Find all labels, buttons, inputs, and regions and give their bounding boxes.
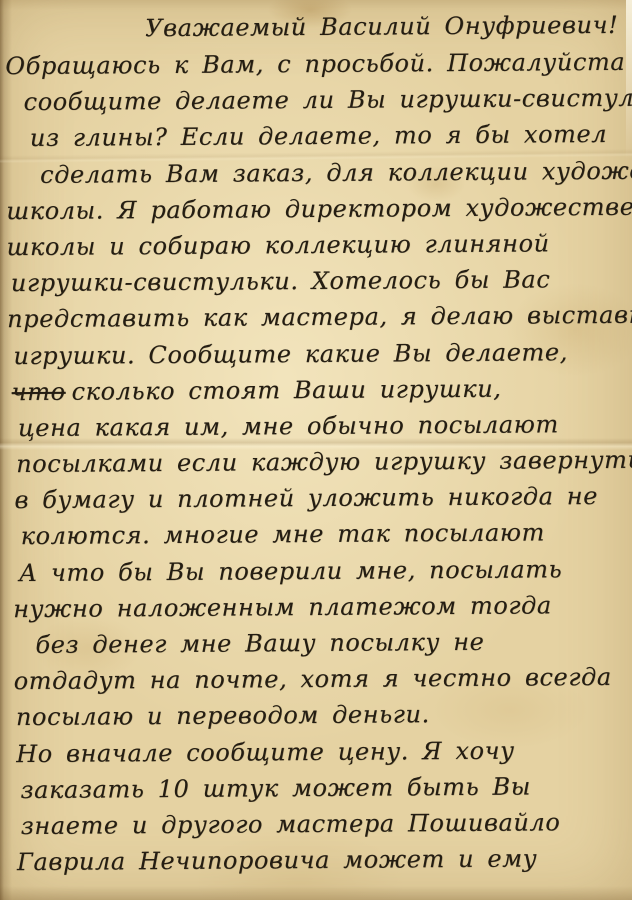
letter-line-text: нужно наложенным платежом тогда xyxy=(13,591,552,623)
letter-line: школы и собираю коллекцию глиняной xyxy=(6,225,624,266)
letter-line: из глины? Если делаете, то я бы хотел xyxy=(30,116,624,156)
letter-line-text: сделать Вам заказ, для коллекции художес… xyxy=(40,156,632,189)
letter-line-text: цена какая им, мне обычно посылают xyxy=(18,410,559,442)
letter-line: в бумагу и плотней уложить никогда не xyxy=(14,478,626,518)
letter-line-text: из глины? Если делаете, то я бы хотел xyxy=(30,120,607,152)
letter-line: отдадут на почте, хотя я честно всегда xyxy=(14,659,628,699)
letter-line-text: заказать 10 штук может быть Вы xyxy=(20,772,531,804)
letter-line-text: Но вначале сообщите цену. Я хочу xyxy=(16,736,515,767)
letter-line-text: Обращаюсь к Вам, с просьбой. Пожалуйста xyxy=(5,48,625,80)
letter-line-text: А что бы Вы поверили мне, посылать xyxy=(19,555,563,587)
letter-line: посылками если каждую игрушку завернуть xyxy=(16,442,626,482)
letter-line: цена какая им, мне обычно посылают xyxy=(18,406,626,446)
salutation-line: Уважаемый Василий Онуфриевич! xyxy=(145,6,623,47)
letter-line-text: школы. Я работаю директором художественн… xyxy=(6,192,632,225)
letter-line-text: посылаю и переводом деньги. xyxy=(16,701,430,732)
letter-line-text: колются. многие мне так посылают xyxy=(21,519,545,551)
letter-line: Гаврила Нечипоровича может и ему xyxy=(17,840,629,880)
letter-line: посылаю и переводом деньги. xyxy=(16,695,628,735)
letter-line: игрушки. Сообщите какие Вы делаете, xyxy=(13,333,625,373)
letter-line: без денег мне Вашу посылку не xyxy=(35,623,627,663)
letter-line: А что бы Вы поверили мне, посылать xyxy=(19,550,627,590)
letter-line-text: без денег мне Вашу посылку не xyxy=(35,628,484,659)
letter-line: игрушки-свистульки. Хотелось бы Вас xyxy=(11,261,625,301)
letter-line-text: сообщите делаете ли Вы игрушки-свистульк… xyxy=(24,84,632,117)
letter-lines: Обращаюсь к Вам, с просьбой. Пожалуйстас… xyxy=(5,44,629,881)
letter-line-text: игрушки. Сообщите какие Вы делаете, xyxy=(13,338,568,370)
letter-line-text: представить как мастера, я делаю выставк… xyxy=(7,301,632,334)
letter-line-text: посылками если каждую игрушку завернуть xyxy=(16,446,632,478)
letter-line-text: школы и собираю коллекцию глиняной xyxy=(7,229,550,261)
letter-body: Уважаемый Василий Онуфриевич! Обращаюсь … xyxy=(5,6,629,881)
letter-line: Но вначале сообщите цену. Я хочу xyxy=(16,731,628,771)
letter-line: нужно наложенным платежом тогда xyxy=(13,587,627,627)
letter-line: колются. многие мне так посылают xyxy=(21,514,627,554)
letter-line: знаете и другого мастера Пошивайло xyxy=(21,804,629,844)
letter-line: сообщите делаете ли Вы игрушки-свистульк… xyxy=(23,80,623,120)
letter-line: чтосколько стоят Ваши игрушки, xyxy=(12,370,626,410)
letter-line-text: Гаврила Нечипоровича может и ему xyxy=(17,845,537,877)
letter-scan: Уважаемый Василий Онуфриевич! Обращаюсь … xyxy=(0,0,632,900)
letter-line-text: в бумагу и плотней уложить никогда не xyxy=(14,482,598,514)
letter-line-text: игрушки-свистульки. Хотелось бы Вас xyxy=(11,265,551,297)
paper-edge-highlight xyxy=(626,0,632,160)
letter-line: заказать 10 штук может быть Вы xyxy=(20,768,628,808)
letter-line: Обращаюсь к Вам, с просьбой. Пожалуйста xyxy=(5,44,623,85)
letter-line: сделать Вам заказ, для коллекции художес… xyxy=(40,152,624,192)
letter-line: школы. Я работаю директором художественн… xyxy=(6,189,624,230)
letter-line: представить как мастера, я делаю выставк… xyxy=(7,297,625,338)
crossed-out-word: что xyxy=(12,377,66,405)
letter-line-text: знаете и другого мастера Пошивайло xyxy=(21,808,561,840)
letter-line-text: отдадут на почте, хотя я честно всегда xyxy=(14,663,612,695)
letter-line-text: сколько стоят Ваши игрушки, xyxy=(71,374,501,405)
